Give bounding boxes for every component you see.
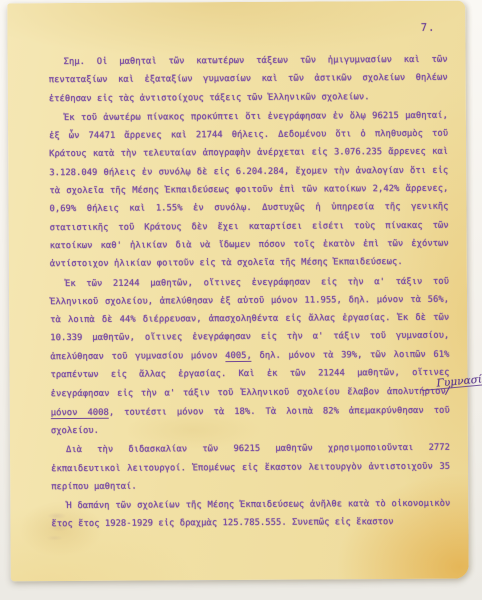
paragraph-enrollment: Ἐκ τῶν 21244 μαθητῶν, οἵτινες ἐνεγράφησα… bbox=[50, 272, 450, 440]
underlined-number-4008: μόνον 4008 bbox=[51, 407, 109, 419]
paragraph-statistics: Ἐκ τοῦ ἀνωτέρω πίνακος προκύπτει ὅτι ἐνε… bbox=[49, 107, 449, 274]
scanned-photo: { "page": { "number": "7.", "ink_color":… bbox=[0, 0, 482, 600]
underlined-number-4005: 4005, bbox=[225, 351, 252, 363]
paper-surface: 7. Σημ. Οἱ μαθηταὶ τῶν κατωτέρων τάξεων … bbox=[7, 1, 469, 582]
page-number: 7. bbox=[421, 22, 436, 34]
paper-sheet: 7. Σημ. Οἱ μαθηταὶ τῶν κατωτέρων τάξεων … bbox=[7, 1, 469, 582]
paragraph-teachers: Διὰ τὴν διδασκαλίαν τῶν 96215 μαθητῶν χρ… bbox=[51, 439, 450, 496]
typewritten-text: Σημ. Οἱ μαθηταὶ τῶν κατωτέρων τάξεων τῶν… bbox=[49, 51, 451, 535]
note-text: Σημ. Οἱ μαθηταὶ τῶν κατωτέρων τάξεων τῶν… bbox=[49, 55, 448, 104]
handwritten-insertion-anchor: /Γυμνασίου bbox=[446, 387, 450, 397]
teachers-text: Διὰ τὴν διδασκαλίαν τῶν 96215 μαθητῶν χρ… bbox=[51, 443, 450, 492]
ink-bleedthrough-smudge bbox=[38, 509, 84, 543]
enrollment-text-3: , τουτέστι μόνον τὰ 18%. Τὰ λοιπὰ 82% ἀπ… bbox=[51, 405, 450, 436]
statistics-text: Ἐκ τοῦ ἀνωτέρω πίνακος προκύπτει ὅτι ἐνε… bbox=[49, 111, 449, 270]
paragraph-expenses: Ἡ δαπάνη τῶν σχολείων τῆς Μέσης Ἐκπαιδεύ… bbox=[51, 495, 450, 534]
expenses-text: Ἡ δαπάνη τῶν σχολείων τῆς Μέσης Ἐκπαιδεύ… bbox=[51, 499, 450, 530]
note-paragraph: Σημ. Οἱ μαθηταὶ τῶν κατωτέρων τάξεων τῶν… bbox=[49, 51, 448, 108]
